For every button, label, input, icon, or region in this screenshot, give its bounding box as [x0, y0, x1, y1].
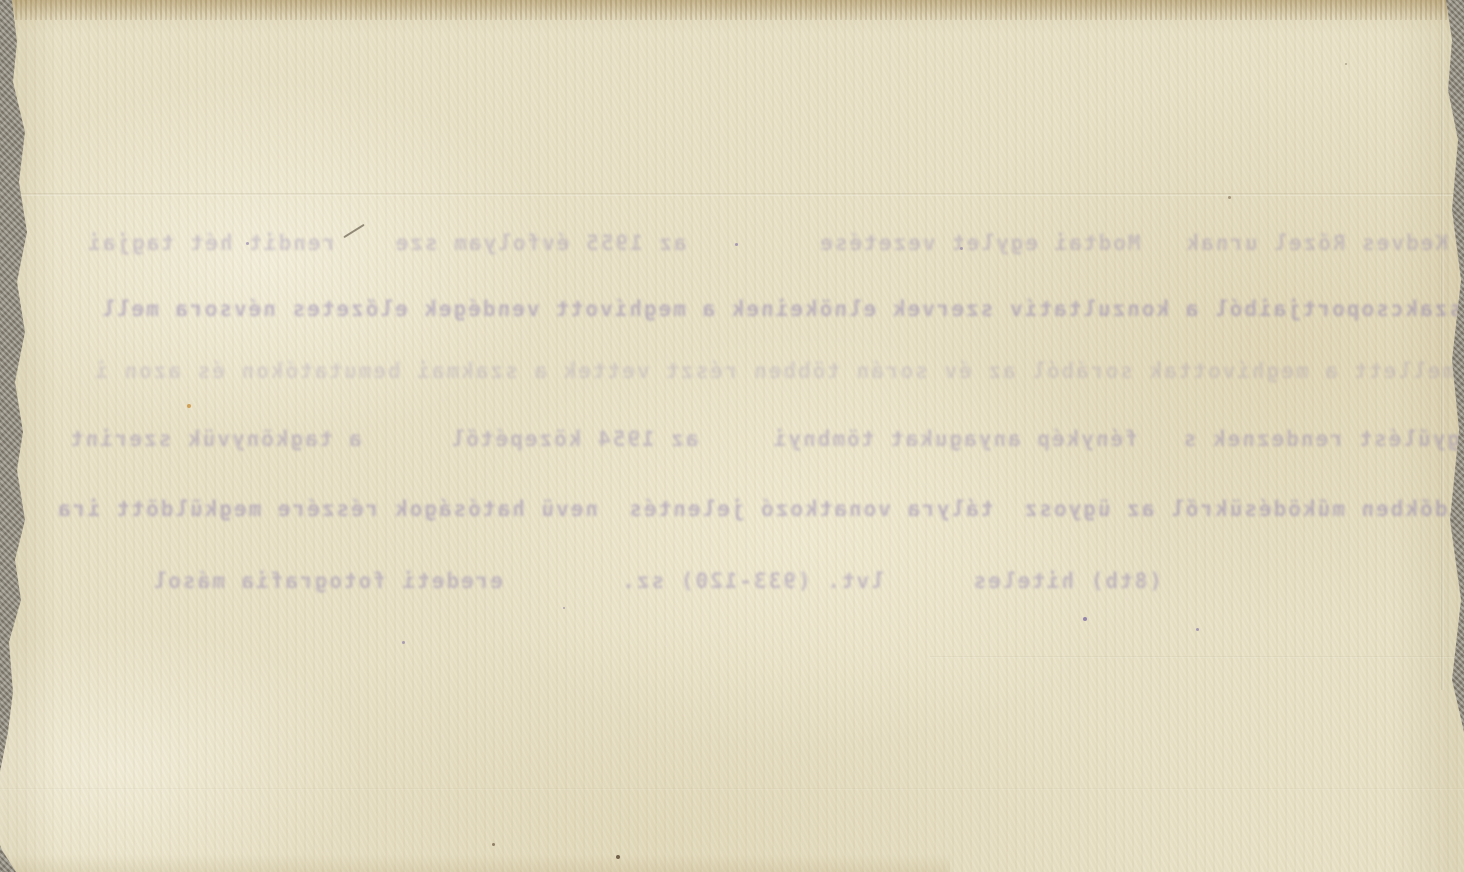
bleedthrough-line-5: időkben működésükről az ügyosz tályra vo…: [56, 494, 1462, 524]
bleedthrough-line-2: szakcsoportjaiból a konzultatív szervek …: [100, 294, 1462, 324]
bleedthrough-line-4: gyűlést rendeznek s fénykép anyagukat tö…: [69, 424, 1460, 454]
bleedthrough-line-1: Kedves Rőzel urnak Modtai egylet vezetés…: [86, 228, 1448, 258]
bleedthrough-line-3: mellett a meghívottak sorából az év sorá…: [93, 356, 1455, 386]
ink-bleedthrough-layer: Kedves Rőzel urnak Modtai egylet vezetés…: [0, 0, 1464, 872]
bleedthrough-line-6: (8tb) hiteles lvt. (933-120) sz. eredeti…: [152, 566, 1162, 596]
paper-sheet-reverse-side: Kedves Rőzel urnak Modtai egylet vezetés…: [0, 0, 1464, 872]
